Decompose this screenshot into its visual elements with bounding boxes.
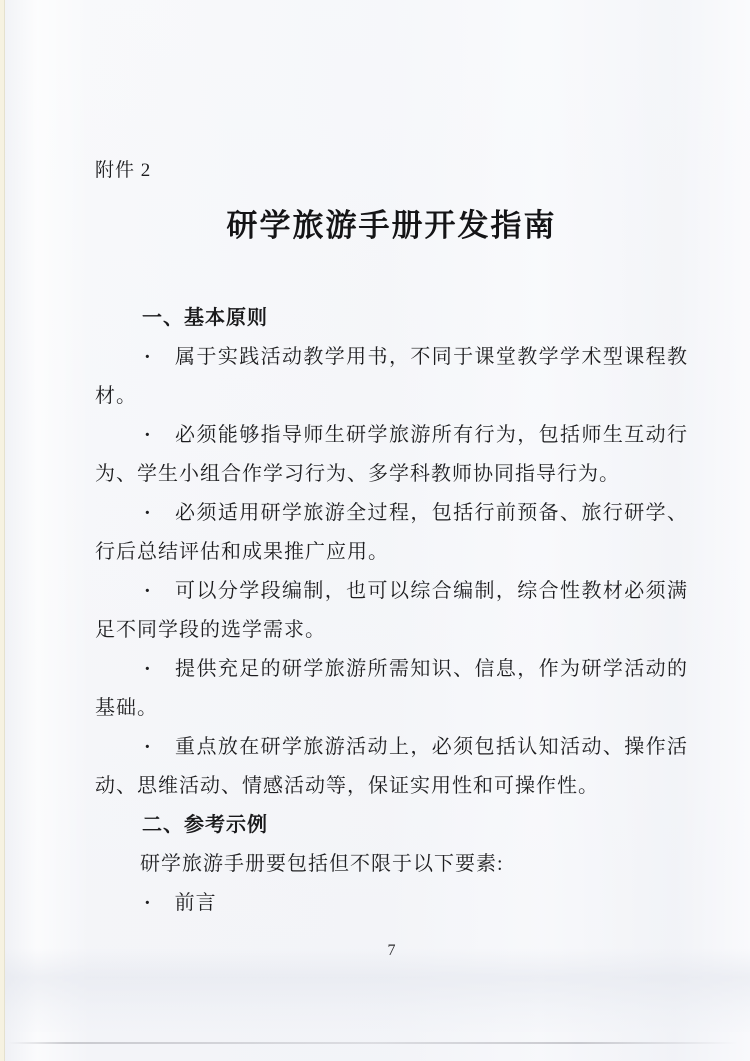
- bullet-text: 重点放在研学旅游活动上，必须包括认知活动、操作活动、思维活动、情感活动等，保证实…: [95, 736, 688, 797]
- bullet-text: 属于实践活动教学用书，不同于课堂教学学术型课程教材。: [95, 346, 688, 407]
- scan-bottom-hairline-artifact: [8, 1042, 738, 1044]
- document-content: 附件 2 研学旅游手册开发指南 一、基本原则 ·属于实践活动教学用书，不同于课堂…: [0, 156, 750, 963]
- page-number: 7: [95, 939, 688, 963]
- bullet-marker: ·: [144, 650, 152, 689]
- bullet-item: ·属于实践活动教学用书，不同于课堂教学学术型课程教材。: [95, 338, 688, 416]
- bullet-marker: ·: [144, 728, 152, 767]
- bullet-text: 必须能够指导师生研学旅游所有行为，包括师生互动行为、学生小组合作学习行为、多学科…: [95, 424, 688, 485]
- bullet-marker: ·: [144, 884, 152, 923]
- bullet-marker: ·: [144, 338, 152, 377]
- bullet-text: 前言: [175, 892, 217, 914]
- section-2-intro: 研学旅游手册要包括但不限于以下要素:: [95, 845, 688, 884]
- scan-left-edge-artifact: [0, 0, 5, 1061]
- document-title: 研学旅游手册开发指南: [95, 203, 688, 249]
- bullet-marker: ·: [144, 572, 152, 611]
- bullet-item: ·必须能够指导师生研学旅游所有行为，包括师生互动行为、学生小组合作学习行为、多学…: [95, 416, 688, 494]
- bullet-marker: ·: [144, 416, 152, 455]
- bullet-marker: ·: [144, 494, 152, 533]
- bullet-item: ·重点放在研学旅游活动上，必须包括认知活动、操作活动、思维活动、情感活动等，保证…: [95, 728, 688, 806]
- bullet-item: ·提供充足的研学旅游所需知识、信息，作为研学活动的基础。: [95, 650, 688, 728]
- bullet-text: 必须适用研学旅游全过程，包括行前预备、旅行研学、行后总结评估和成果推广应用。: [95, 502, 688, 563]
- section-1-heading: 一、基本原则: [95, 299, 688, 338]
- bullet-text: 可以分学段编制，也可以综合编制，综合性教材必须满足不同学段的选学需求。: [95, 580, 688, 641]
- section-2-heading: 二、参考示例: [95, 806, 688, 845]
- bullet-item: ·前言: [95, 884, 688, 923]
- scanned-document-page: 附件 2 研学旅游手册开发指南 一、基本原则 ·属于实践活动教学用书，不同于课堂…: [0, 0, 750, 1061]
- document-body: 一、基本原则 ·属于实践活动教学用书，不同于课堂教学学术型课程教材。 ·必须能够…: [95, 299, 688, 923]
- bullet-item: ·必须适用研学旅游全过程，包括行前预备、旅行研学、行后总结评估和成果推广应用。: [95, 494, 688, 572]
- bullet-text: 提供充足的研学旅游所需知识、信息，作为研学活动的基础。: [95, 658, 688, 719]
- bullet-item: ·可以分学段编制，也可以综合编制，综合性教材必须满足不同学段的选学需求。: [95, 572, 688, 650]
- attachment-label: 附件 2: [95, 156, 688, 186]
